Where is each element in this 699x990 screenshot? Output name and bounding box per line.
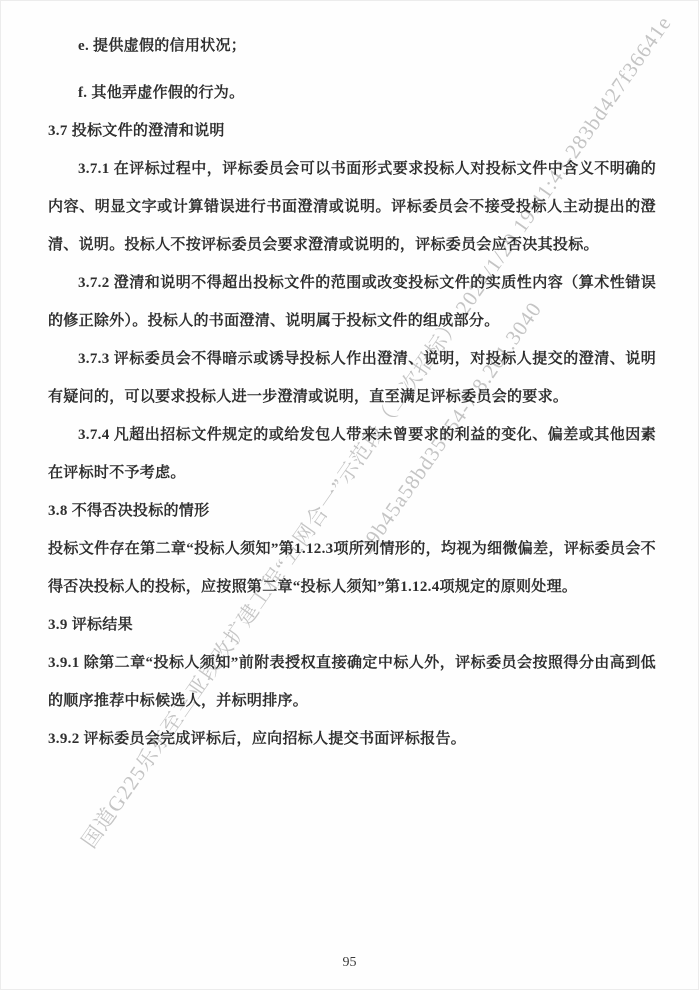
list-item-f: f. 其他弄虚作假的行为。: [78, 74, 656, 112]
clause-3-8: 投标文件存在第二章“投标人须知”第1.12.3项所列情形的，均视为细微偏差，评标…: [48, 530, 656, 606]
clause-3-7-1: 3.7.1 在评标过程中，评标委员会可以书面形式要求投标人对投标文件中含义不明确…: [48, 150, 656, 264]
clause-3-7-4: 3.7.4 凡超出招标文件规定的或给发包人带来未曾要求的利益的变化、偏差或其他因…: [48, 416, 656, 492]
list-item-e: e. 提供虚假的信用状况；: [78, 27, 656, 65]
clause-3-7-3: 3.7.3 评标委员会不得暗示或诱导投标人作出澄清、说明，对投标人提交的澄清、说…: [48, 340, 656, 416]
clause-3-7-2: 3.7.2 澄清和说明不得超出投标文件的范围或改变投标文件的实质性内容（算术性错…: [48, 264, 656, 340]
document-page: 国道G225乐东至三亚段改扩建工程“五网合一”示范段（二次招标）-2024/1/…: [0, 0, 699, 990]
section-heading-3-8: 3.8 不得否决投标的情形: [48, 492, 656, 530]
clause-3-9-1: 3.9.1 除第二章“投标人须知”前附表授权直接确定中标人外，评标委员会按照得分…: [48, 644, 656, 720]
page-number: 95: [1, 955, 698, 971]
clause-3-9-2: 3.9.2 评标委员会完成评标后，应向招标人提交书面评标报告。: [48, 720, 656, 758]
section-heading-3-7: 3.7 投标文件的澄清和说明: [48, 112, 656, 150]
section-heading-3-9: 3.9 评标结果: [48, 606, 656, 644]
document-content: e. 提供虚假的信用状况； f. 其他弄虚作假的行为。 3.7 投标文件的澄清和…: [48, 27, 656, 758]
